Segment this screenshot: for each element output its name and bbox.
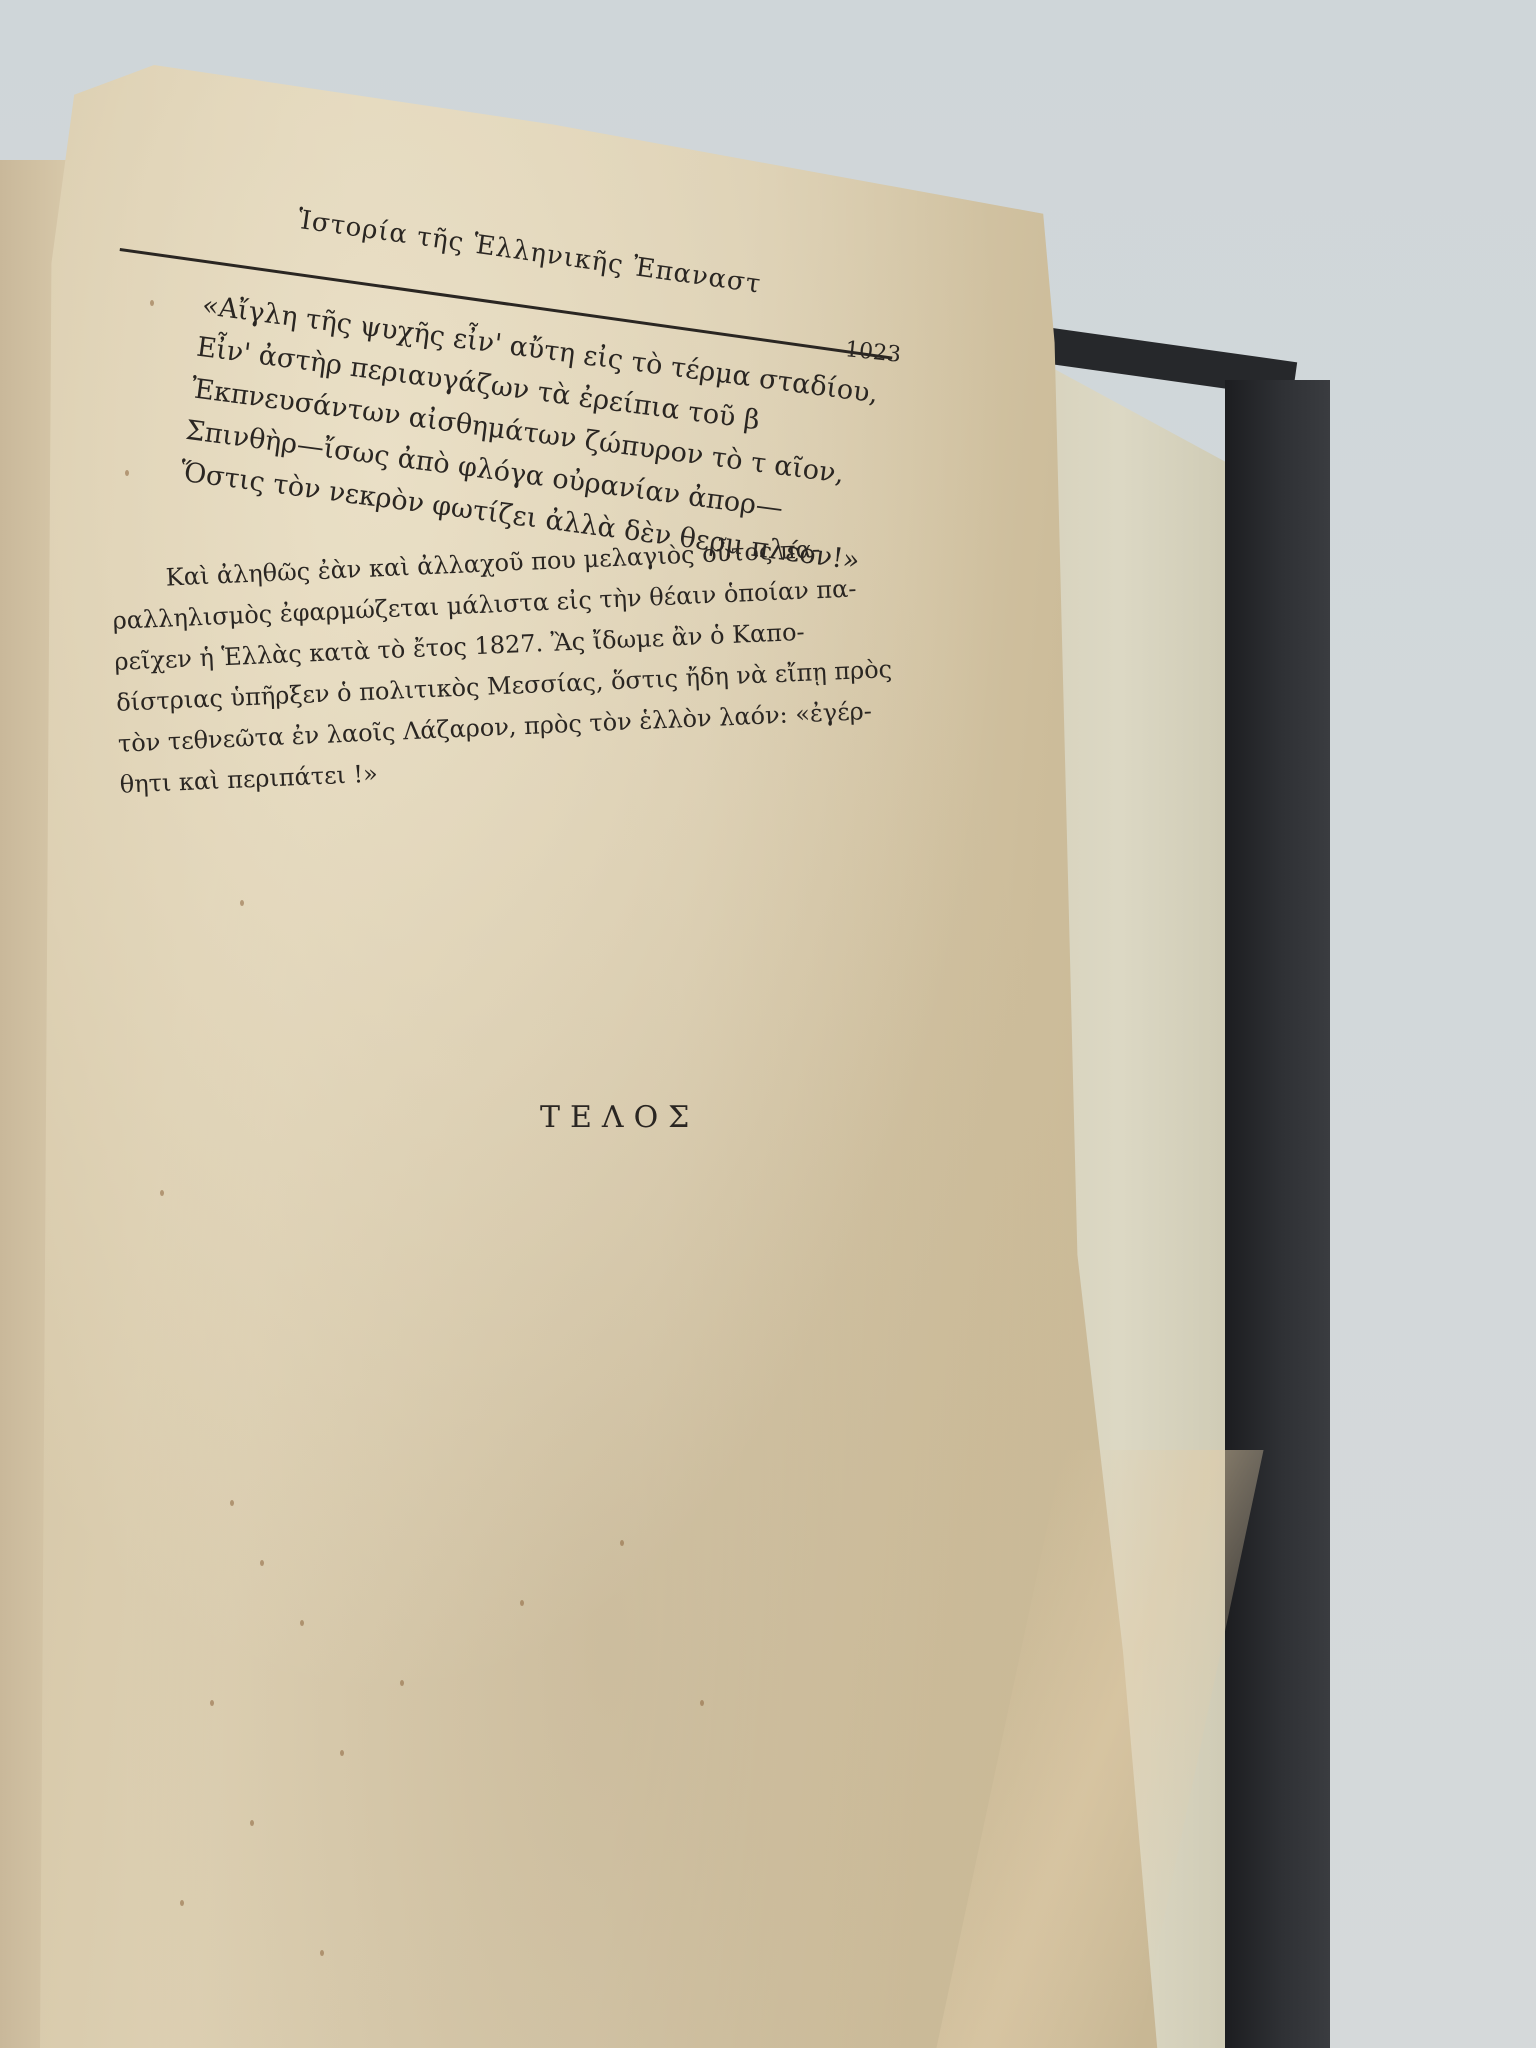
prose-paragraph: Καὶ ἀληθῶς ἐὰν καὶ ἀλλαχοῦ που μελαγιὸς …: [110, 526, 897, 806]
end-marker: ΤΕΛΟΣ: [540, 1100, 699, 1135]
book-cover-spine: [1225, 380, 1330, 2048]
